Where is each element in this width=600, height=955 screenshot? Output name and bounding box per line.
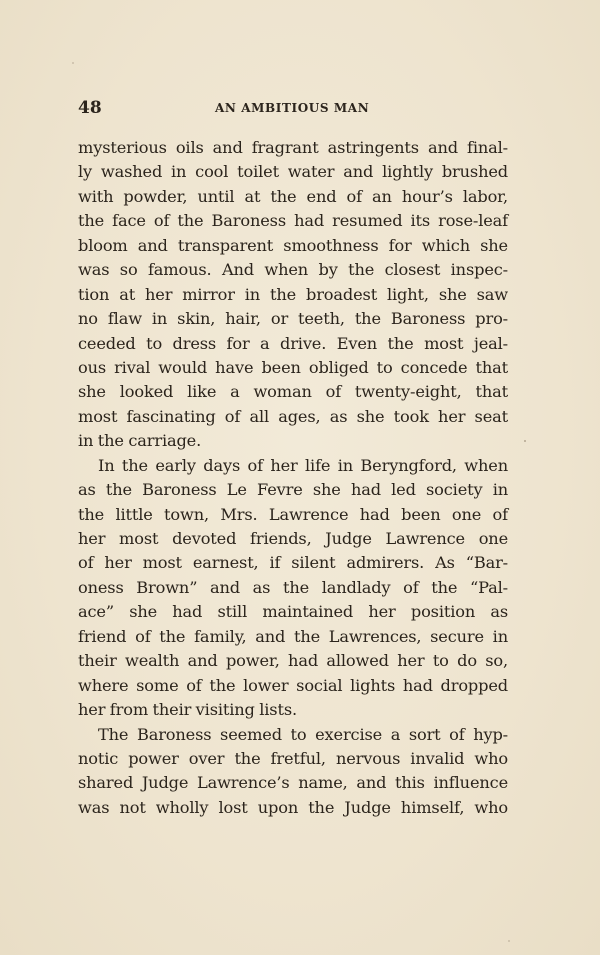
paragraph-2: In the early days of her life in Beryngf… [78, 454, 508, 723]
text-line: with powder, until at the end of an hour… [78, 185, 508, 209]
text-line: shared Judge Lawrence’s name, and this i… [78, 771, 508, 795]
text-line: ceeded to dress for a drive. Even the mo… [78, 332, 508, 356]
text-line: as the Baroness Le Fevre she had led soc… [78, 478, 508, 502]
paper-speck [508, 940, 510, 942]
paragraph-1: mysterious oils and fragrant astringents… [78, 136, 508, 454]
paragraph-3: The Baroness seemed to exercise a sort o… [78, 723, 508, 821]
text-line: ous rival would have been obliged to con… [78, 356, 508, 380]
book-page: 48 AN AMBITIOUS MAN mysterious oils and … [0, 0, 600, 955]
text-line: her most devoted friends, Judge Lawrence… [78, 527, 508, 551]
text-line: oness Brown” and as the landlady of the … [78, 576, 508, 600]
text-line: was not wholly lost upon the Judge himse… [78, 796, 508, 820]
text-line: no flaw in skin, hair, or teeth, the Bar… [78, 307, 508, 331]
text-line: of her most earnest, if silent admirers.… [78, 551, 508, 575]
page-number: 48 [78, 98, 102, 118]
text-line: in the carriage. [78, 429, 508, 453]
text-line: The Baroness seemed to exercise a sort o… [78, 723, 508, 747]
text-line: tion at her mirror in the broadest light… [78, 283, 508, 307]
text-line: their wealth and power, had allowed her … [78, 649, 508, 673]
text-line: the little town, Mrs. Lawrence had been … [78, 503, 508, 527]
text-line: bloom and transparent smoothness for whi… [78, 234, 508, 258]
text-line: ace” she had still maintained her positi… [78, 600, 508, 624]
text-line: the face of the Baroness had resumed its… [78, 209, 508, 233]
text-line: where some of the lower social lights ha… [78, 674, 508, 698]
paper-speck [524, 440, 526, 442]
text-line: notic power over the fretful, nervous in… [78, 747, 508, 771]
page-header: 48 AN AMBITIOUS MAN [78, 98, 508, 120]
text-line: mysterious oils and fragrant astringents… [78, 136, 508, 160]
paper-speck [72, 62, 74, 64]
text-line: friend of the family, and the Lawrences,… [78, 625, 508, 649]
body-text: mysterious oils and fragrant astringents… [78, 136, 508, 820]
text-line: she looked like a woman of twenty-eight,… [78, 380, 508, 404]
text-line: In the early days of her life in Beryngf… [78, 454, 508, 478]
text-line: was so famous. And when by the closest i… [78, 258, 508, 282]
running-title: AN AMBITIOUS MAN [215, 101, 369, 115]
text-line: her from their visiting lists. [78, 698, 508, 722]
text-line: ly washed in cool toilet water and light… [78, 160, 508, 184]
text-line: most fascinating of all ages, as she too… [78, 405, 508, 429]
